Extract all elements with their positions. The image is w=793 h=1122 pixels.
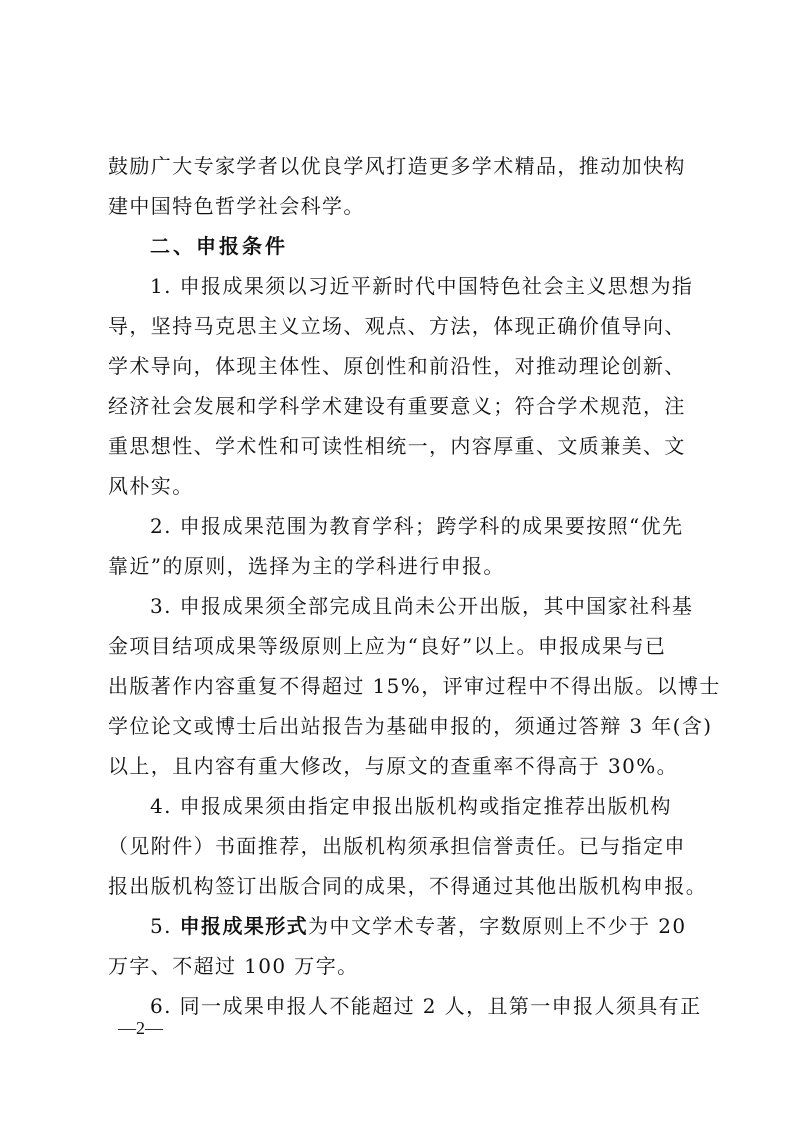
item-5-prefix: 5.	[150, 914, 180, 938]
paragraph-line: 鼓励广大专家学者以优良学风打造更多学术精品，推动加快构	[108, 146, 688, 186]
item-5-rest: 为中文学术专著，字数原则上不少于 20	[308, 914, 686, 938]
section-heading: 二、申报条件	[108, 226, 688, 266]
item-1-line: 导，坚持马克思主义立场、观点、方法，体现正确价值导向、	[108, 306, 688, 346]
item-4-line: 报出版机构签订出版合同的成果，不得通过其他出版机构申报。	[108, 866, 688, 906]
item-3-line: 以上，且内容有重大修改，与原文的查重率不得高于 30%。	[108, 746, 688, 786]
item-5-line: 5. 申报成果形式为中文学术专著，字数原则上不少于 20	[108, 906, 688, 946]
item-3-line: 3. 申报成果须全部完成且尚未公开出版，其中国家社科基	[108, 586, 688, 626]
item-6-line: 6. 同一成果申报人不能超过 2 人，且第一申报人须具有正	[108, 986, 688, 1026]
item-5-line: 万字、不超过 100 万字。	[108, 946, 688, 986]
item-2-line: 靠近”的原则，选择为主的学科进行申报。	[108, 546, 688, 586]
item-4-line: （见附件）书面推荐，出版机构须承担信誉责任。已与指定申	[108, 826, 688, 866]
item-1-line: 1. 申报成果须以习近平新时代中国特色社会主义思想为指	[108, 266, 688, 306]
paragraph-line: 建中国特色哲学社会科学。	[108, 186, 688, 226]
item-3-line: 金项目结项成果等级原则上应为“良好”以上。申报成果与已	[108, 626, 688, 666]
item-2-line: 2. 申报成果范围为教育学科；跨学科的成果要按照“优先	[108, 506, 688, 546]
item-1-line: 重思想性、学术性和可读性相统一，内容厚重、文质兼美、文	[108, 426, 688, 466]
item-4-line: 4. 申报成果须由指定申报出版机构或指定推荐出版机构	[108, 786, 688, 826]
document-page: 鼓励广大专家学者以优良学风打造更多学术精品，推动加快构 建中国特色哲学社会科学。…	[0, 0, 793, 1122]
item-3-line: 出版著作内容重复不得超过 15%，评审过程中不得出版。以博士	[108, 666, 688, 706]
page-number: —2—	[118, 1018, 163, 1039]
item-3-line: 学位论文或博士后出站报告为基础申报的，须通过答辩 3 年(含)	[108, 706, 688, 746]
document-body: 鼓励广大专家学者以优良学风打造更多学术精品，推动加快构 建中国特色哲学社会科学。…	[108, 146, 688, 1026]
item-1-line: 学术导向，体现主体性、原创性和前沿性，对推动理论创新、	[108, 346, 688, 386]
item-1-line: 经济社会发展和学科学术建设有重要意义；符合学术规范，注	[108, 386, 688, 426]
item-1-line: 风朴实。	[108, 466, 688, 506]
item-5-bold-term: 申报成果形式	[180, 914, 308, 938]
